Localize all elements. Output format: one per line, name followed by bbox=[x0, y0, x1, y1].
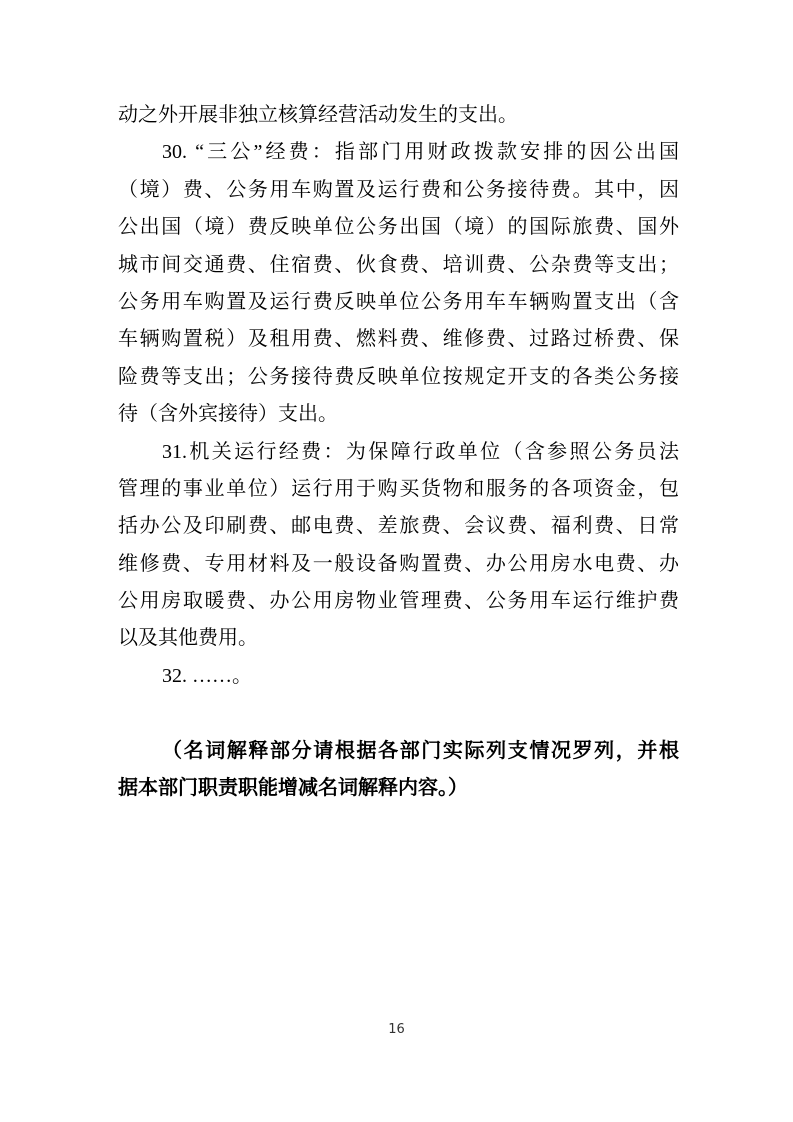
body-line: 32. ……。 bbox=[118, 658, 679, 695]
body-line: （境）费、公务用车购置及运行费和公务接待费。其中，因 bbox=[118, 172, 679, 209]
page-number: 16 bbox=[0, 1022, 793, 1038]
body-line: 30. “三公”经费：指部门用财政拨款安排的因公出国 bbox=[118, 134, 679, 171]
body-line: 括办公及印刷费、邮电费、差旅费、会议费、福利费、日常 bbox=[118, 508, 679, 545]
body-line: 以及其他费用。 bbox=[118, 620, 679, 657]
body-line: 公出国（境）费反映单位公务出国（境）的国际旅费、国外 bbox=[118, 209, 679, 246]
body-line: 维修费、专用材料及一般设备购置费、办公用房水电费、办 bbox=[118, 546, 679, 583]
note-line: 据本部门职责职能增减名词解释内容。） bbox=[118, 770, 679, 807]
document-page: 动之外开展非独立核算经营活动发生的支出。30. “三公”经费：指部门用财政拨款安… bbox=[0, 0, 793, 1122]
body-line: 公务用车购置及运行费反映单位公务用车车辆购置支出（含 bbox=[118, 284, 679, 321]
body-line: 城市间交通费、住宿费、伙食费、培训费、公杂费等支出； bbox=[118, 247, 679, 284]
body-line: 待（含外宾接待）支出。 bbox=[118, 396, 679, 433]
blank-line bbox=[118, 695, 679, 732]
body-line: 险费等支出；公务接待费反映单位按规定开支的各类公务接 bbox=[118, 359, 679, 396]
body-line: 31.机关运行经费：为保障行政单位（含参照公务员法 bbox=[118, 434, 679, 471]
text-block: 动之外开展非独立核算经营活动发生的支出。30. “三公”经费：指部门用财政拨款安… bbox=[118, 97, 679, 807]
body-line: 管理的事业单位）运行用于购买货物和服务的各项资金，包 bbox=[118, 471, 679, 508]
body-line: 动之外开展非独立核算经营活动发生的支出。 bbox=[118, 97, 679, 134]
body-line: 车辆购置税）及租用费、燃料费、维修费、过路过桥费、保 bbox=[118, 321, 679, 358]
note-line: （名词解释部分请根据各部门实际列支情况罗列，并根 bbox=[118, 733, 679, 770]
body-line: 公用房取暖费、办公用房物业管理费、公务用车运行维护费 bbox=[118, 583, 679, 620]
